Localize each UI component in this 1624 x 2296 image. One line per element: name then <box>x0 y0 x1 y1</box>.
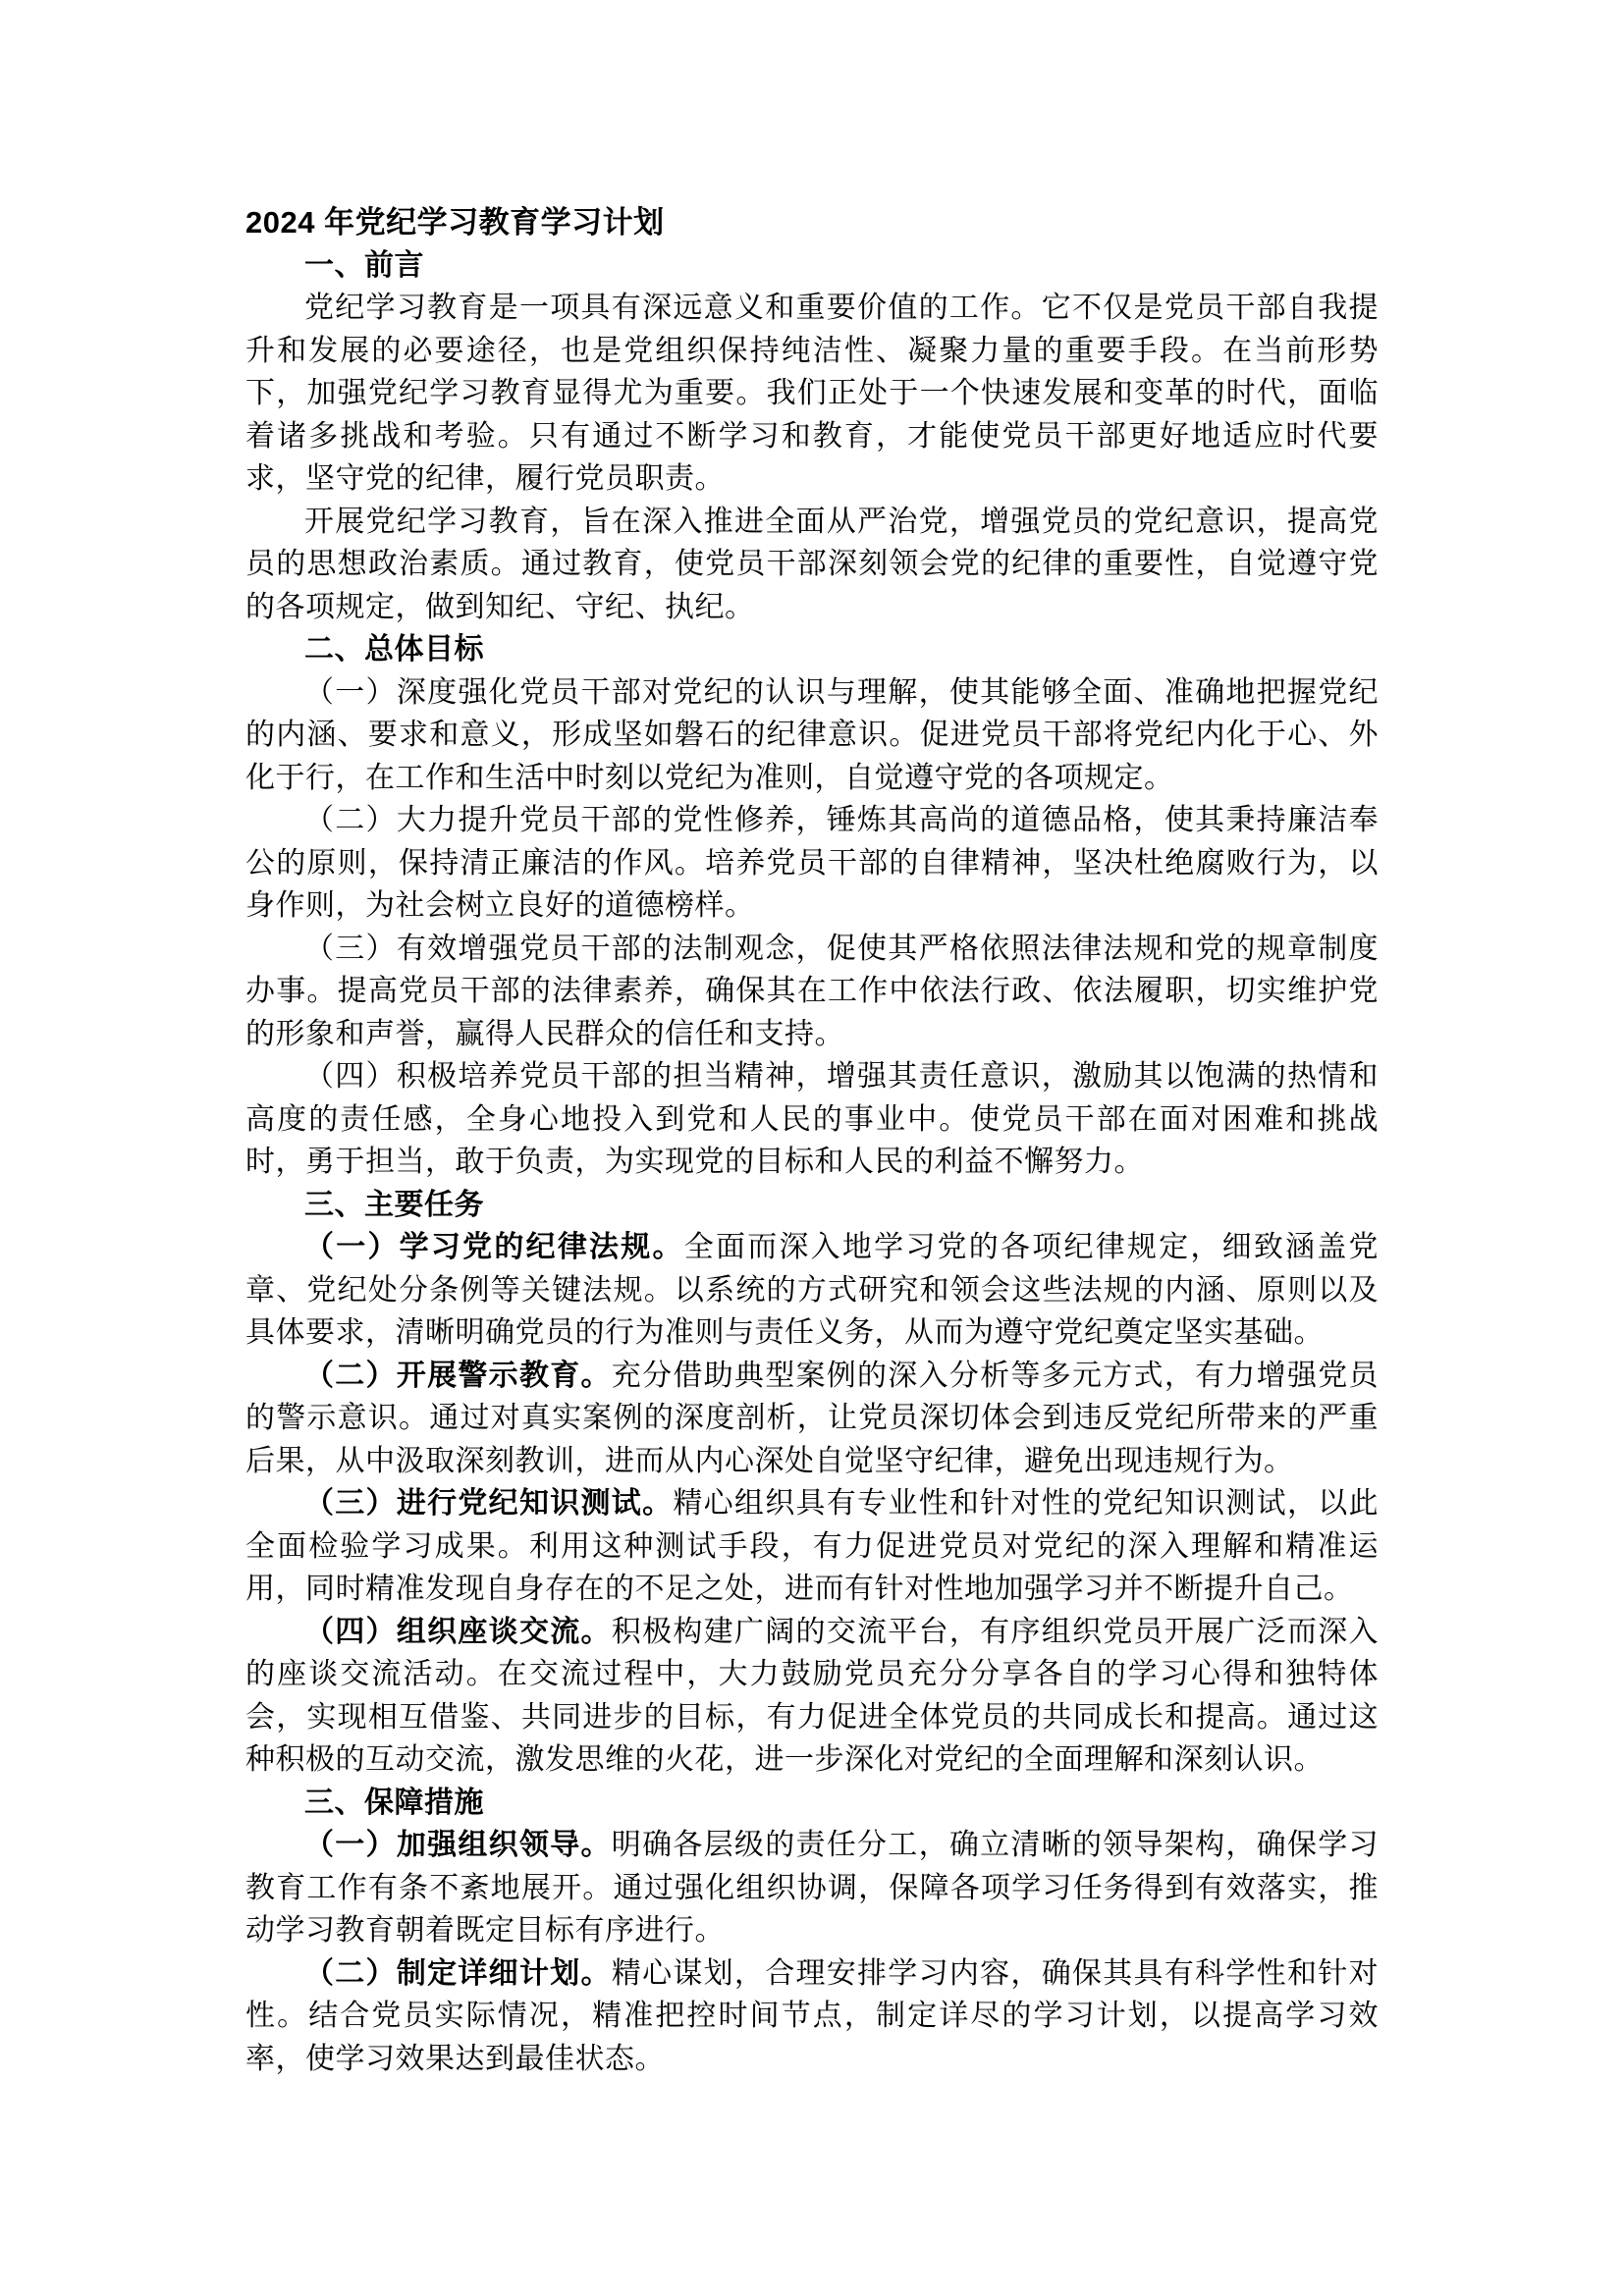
task-lead: （一）学习党的纪律法规。 <box>304 1231 684 1263</box>
section-heading-safeguards: 三、保障措施 <box>245 1782 1379 1825</box>
task-lead: （四）组织座谈交流。 <box>304 1616 612 1648</box>
section-heading-main-tasks: 三、主要任务 <box>245 1184 1379 1227</box>
section-heading-foreword: 一、前言 <box>245 244 1379 288</box>
task-paragraph: （一）学习党的纪律法规。全面而深入地学习党的各项纪律规定，细致涵盖党章、党纪处分… <box>245 1226 1379 1355</box>
task-paragraph: （二）制定详细计划。精心谋划，合理安排学习内容，确保其具有科学性和针对性。结合党… <box>245 1952 1379 2081</box>
section-heading-overall-goals: 二、总体目标 <box>245 628 1379 671</box>
paragraph: 党纪学习教育是一项具有深远意义和重要价值的工作。它不仅是党员干部自我提升和发展的… <box>245 287 1379 501</box>
task-lead: （一）加强组织领导。 <box>304 1829 612 1861</box>
paragraph: （一）深度强化党员干部对党纪的认识与理解，使其能够全面、准确地把握党纪的内涵、要… <box>245 671 1379 800</box>
document-content: 2024 年党纪学习教育学习计划 一、前言 党纪学习教育是一项具有深远意义和重要… <box>245 0 1379 2080</box>
paragraph: （二）大力提升党员干部的党性修养，锤炼其高尚的道德品格，使其秉持廉洁奉公的原则，… <box>245 799 1379 928</box>
task-paragraph: （二）开展警示教育。充分借助典型案例的深入分析等多元方式，有力增强党员的警示意识… <box>245 1355 1379 1483</box>
task-paragraph: （四）组织座谈交流。积极构建广阔的交流平台，有序组织党员开展广泛而深入的座谈交流… <box>245 1611 1379 1782</box>
task-lead: （二）制定详细计划。 <box>304 1957 612 1990</box>
paragraph: （四）积极培养党员干部的担当精神，增强其责任意识，激励其以饱满的热情和高度的责任… <box>245 1055 1379 1184</box>
task-lead: （三）进行党纪知识测试。 <box>304 1487 673 1520</box>
document-title: 2024 年党纪学习教育学习计划 <box>245 201 1379 244</box>
paragraph: （三）有效增强党员干部的法制观念，促使其严格依照法律法规和党的规章制度办事。提高… <box>245 928 1379 1056</box>
task-paragraph: （三）进行党纪知识测试。精心组织具有专业性和针对性的党纪知识测试，以此全面检验学… <box>245 1482 1379 1611</box>
task-paragraph: （一）加强组织领导。明确各层级的责任分工，确立清晰的领导架构，确保学习教育工作有… <box>245 1824 1379 1952</box>
task-lead: （二）开展警示教育。 <box>304 1360 612 1392</box>
paragraph: 开展党纪学习教育，旨在深入推进全面从严治党，增强党员的党纪意识，提高党员的思想政… <box>245 501 1379 629</box>
